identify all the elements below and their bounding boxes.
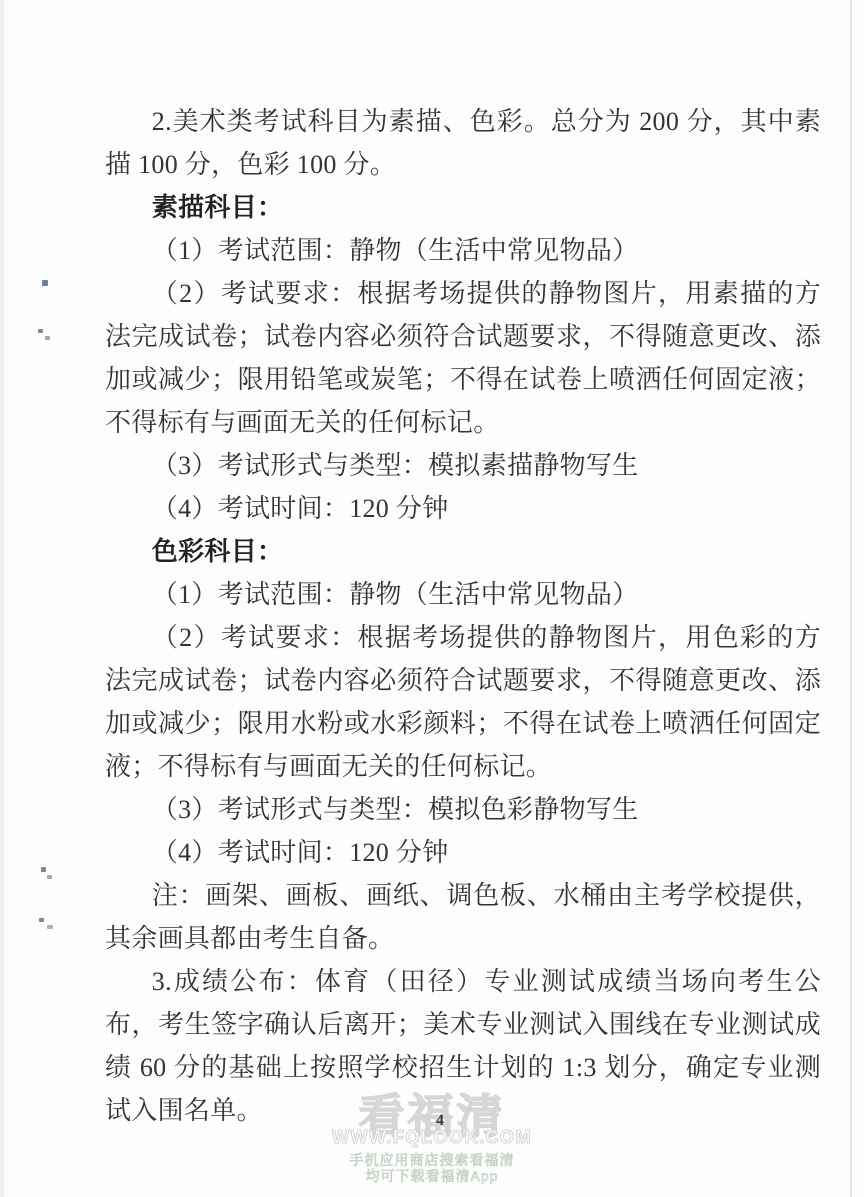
watermark-app-line2: 均可下载看福清App — [0, 1166, 864, 1186]
para-color-format: （3）考试形式与类型：模拟色彩静物写生 — [105, 788, 821, 831]
scan-speck — [45, 336, 50, 340]
para-sketch-requirements: （2）考试要求：根据考场提供的静物图片，用素描的方法完成试卷；试卷内容必须符合试… — [105, 272, 821, 444]
scan-speck — [42, 280, 48, 286]
scan-speck — [41, 867, 46, 872]
para-note-equipment: 注：画架、画板、画纸、调色板、水桶由主考学校提供，其余画具都由考生自备。 — [105, 874, 821, 960]
para-art-exam-overview: 2.美术类考试科目为素描、色彩。总分为 200 分，其中素描 100 分，色彩 … — [105, 100, 821, 186]
para-score-announcement: 3.成绩公布：体育（田径）专业测试成绩当场向考生公布，考生签字确认后离开；美术专… — [105, 960, 821, 1132]
para-sketch-format: （3）考试形式与类型：模拟素描静物写生 — [105, 444, 821, 487]
scan-edge-left — [0, 0, 4, 1197]
para-color-requirements: （2）考试要求：根据考场提供的静物图片，用色彩的方法完成试卷；试卷内容必须符合试… — [105, 616, 821, 788]
para-color-scope: （1）考试范围：静物（生活中常见物品） — [105, 573, 821, 616]
heading-sketch-subject: 素描科目： — [105, 186, 821, 229]
document-content: 2.美术类考试科目为素描、色彩。总分为 200 分，其中素描 100 分，色彩 … — [105, 0, 821, 1132]
scan-speck — [47, 875, 52, 879]
heading-color-subject: 色彩科目： — [105, 530, 821, 573]
scan-speck — [47, 925, 53, 929]
scan-edge-right — [850, 0, 852, 1197]
para-color-duration: （4）考试时间：120 分钟 — [105, 831, 821, 874]
scan-speck — [38, 329, 43, 333]
scan-speck — [39, 918, 44, 922]
page-number: 4 — [436, 1112, 444, 1130]
scanned-document-page: 2.美术类考试科目为素描、色彩。总分为 200 分，其中素描 100 分，色彩 … — [0, 0, 864, 1197]
para-sketch-duration: （4）考试时间：120 分钟 — [105, 487, 821, 530]
para-sketch-scope: （1）考试范围：静物（生活中常见物品） — [105, 229, 821, 272]
